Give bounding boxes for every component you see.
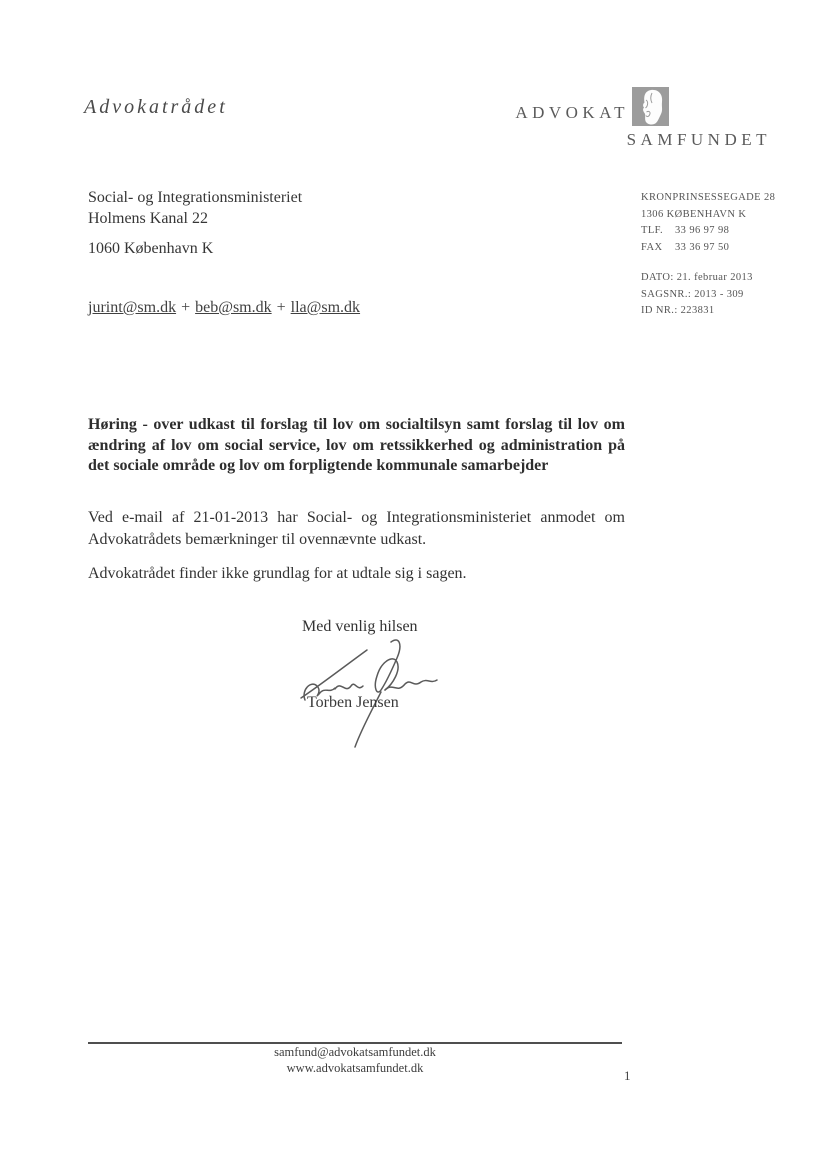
signer-name: Torben Jensen: [307, 694, 399, 712]
fax-row: FAX33 36 97 50: [641, 240, 775, 257]
recipient-name: Social- og Integrationsministeriet: [88, 187, 302, 208]
recipient-address: Social- og Integrationsministeriet Holme…: [88, 187, 302, 259]
case-number-line: SAGSNR.: 2013 - 309: [641, 287, 775, 304]
email-link-jurint[interactable]: jurint@sm.dk: [88, 299, 176, 316]
sender-city: 1306 KØBENHAVN K: [641, 207, 775, 224]
recipient-street: Holmens Kanal 22: [88, 208, 302, 229]
logo-text-samfundet: SAMFUNDET: [627, 130, 771, 150]
fax-label: FAX: [641, 240, 675, 257]
date-line: DATO: 21. februar 2013: [641, 270, 775, 287]
advokatsamfundet-head-logo-icon: [632, 87, 669, 126]
phone-number: 33 96 97 98: [675, 225, 729, 236]
body-paragraph-1: Ved e-mail af 21-01-2013 har Social- og …: [88, 507, 625, 550]
logo-text-advokat: ADVOKAT: [515, 103, 629, 123]
page-number: 1: [624, 1068, 631, 1084]
letter-page: Advokatrådet ADVOKAT SAMFUNDET Social- o…: [0, 0, 828, 1169]
body-paragraph-2: Advokatrådet finder ikke grundlag for at…: [88, 565, 467, 583]
phone-label: TLF.: [641, 223, 675, 240]
footer-email: samfund@advokatsamfundet.dk: [88, 1045, 622, 1060]
plus-separator: +: [277, 299, 286, 316]
recipient-city: 1060 København K: [88, 238, 302, 259]
address-gap: [88, 229, 302, 238]
contact-gap: [641, 256, 775, 270]
sender-street: KRONPRINSESSEGADE 28: [641, 190, 775, 207]
footer-divider: [88, 1042, 622, 1044]
sender-contact-block: KRONPRINSESSEGADE 28 1306 KØBENHAVN K TL…: [641, 190, 775, 320]
phone-row: TLF.33 96 97 98: [641, 223, 775, 240]
subject-heading: Høring - over udkast til forslag til lov…: [88, 415, 625, 477]
plus-separator: +: [181, 299, 190, 316]
recipient-email-links: jurint@sm.dk+beb@sm.dk+lla@sm.dk: [88, 299, 360, 317]
email-link-lla[interactable]: lla@sm.dk: [291, 299, 360, 316]
id-number-line: ID NR.: 223831: [641, 303, 775, 320]
fax-number: 33 36 97 50: [675, 242, 729, 253]
footer-website: www.advokatsamfundet.dk: [88, 1061, 622, 1076]
email-link-beb[interactable]: beb@sm.dk: [195, 299, 272, 316]
org-name: Advokatrådet: [84, 96, 228, 119]
